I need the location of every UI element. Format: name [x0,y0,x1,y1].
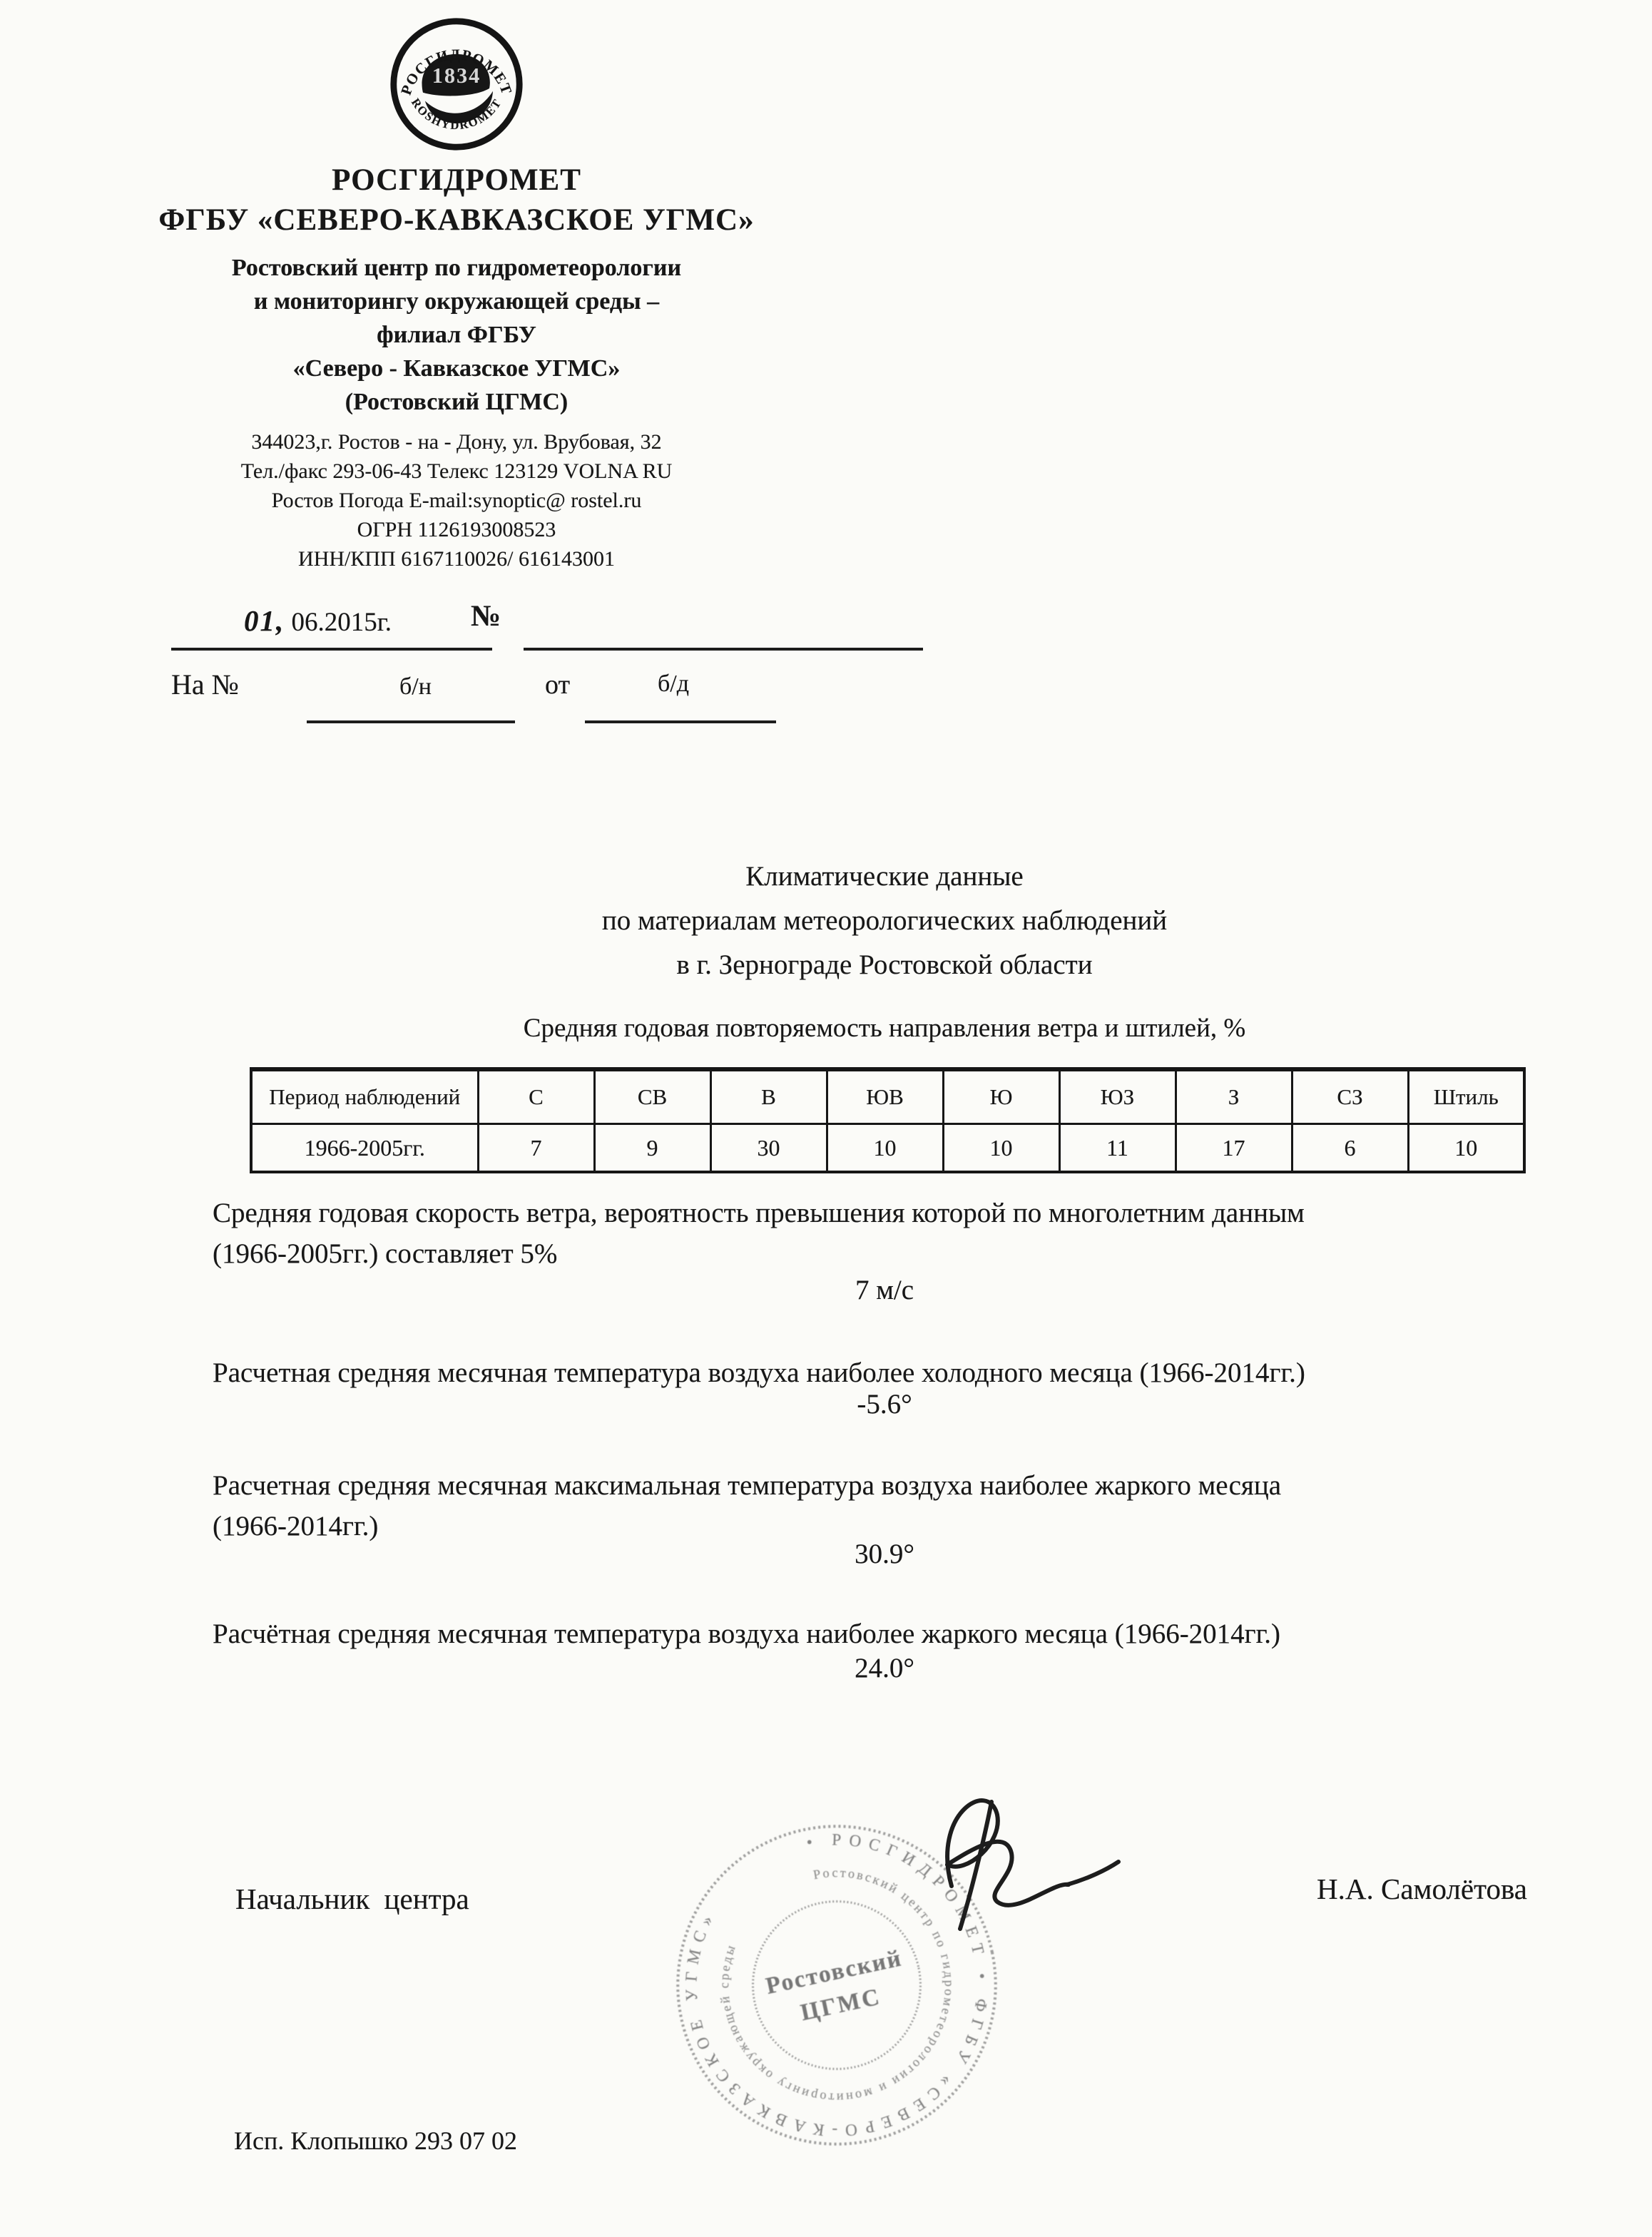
cell-w: 17 [1176,1124,1292,1173]
wind-speed-paragraph: Средняя годовая скорость ветра, вероятно… [213,1193,1571,1274]
handwritten-signature [883,1778,1126,1956]
cell-ne: 9 [594,1124,710,1173]
reply-number-value: б/н [399,673,432,700]
cell-s: 10 [943,1124,1059,1173]
branch-name-line: филиал ФГБУ [120,318,793,352]
agency-name: РОСГИДРОМЕТ [120,163,793,198]
header-w: З [1176,1069,1292,1124]
paragraph-line: Расчётная средняя месячная температура в… [213,1614,1571,1654]
title-line: в г. Зернограде Ростовской области [117,943,1652,987]
wind-speed-value: 7 м/с [117,1274,1652,1306]
header-sw: ЮЗ [1059,1069,1176,1124]
number-underline [524,648,923,651]
institution-name: ФГБУ «СЕВЕРО-КАВКАЗСКОЕ УГМС» [120,203,793,238]
signature-icon [883,1778,1126,1956]
title-line: Климатические данные [117,855,1652,899]
cell-period: 1966-2005гг. [251,1124,478,1173]
hot-month-max-paragraph: Расчетная средняя месячная максимальная … [213,1465,1571,1546]
postal-address: 344023,г. Ростов - на - Дону, ул. Врубов… [120,427,793,457]
table-header-row: Период наблюдений С СВ В ЮВ Ю ЮЗ З СЗ Шт… [251,1069,1524,1124]
logo-year: 1834 [432,63,481,88]
wind-frequency-table: Период наблюдений С СВ В ЮВ Ю ЮЗ З СЗ Шт… [250,1067,1526,1173]
cell-se: 10 [827,1124,943,1173]
header-period: Период наблюдений [251,1069,478,1124]
branch-name-block: Ростовский центр по гидрометеорологии и … [120,251,793,419]
branch-name-line: и мониторингу окружающей среды – [120,285,793,318]
date-underline [171,648,492,651]
hot-month-mean-value: 24.0° [117,1652,1652,1684]
cell-nw: 6 [1292,1124,1408,1173]
date-rest: 06.2015г. [285,608,392,637]
handwritten-day: 01, [244,604,285,637]
cell-n: 7 [478,1124,594,1173]
branch-name-line: Ростовский центр по гидрометеорологии [120,251,793,285]
cell-sw: 11 [1059,1124,1176,1173]
header-ne: СВ [594,1069,710,1124]
paragraph-line: (1966-2005гг.) составляет 5% [213,1233,1571,1274]
table-data-row: 1966-2005гг. 7 9 30 10 10 11 17 6 10 [251,1124,1524,1173]
branch-name-line: (Ростовский ЦГМС) [120,385,793,419]
scanned-document-page: { "letterhead": { "logo": { "top_text": … [0,0,1652,2237]
header-calm: Штиль [1408,1069,1524,1124]
reply-number-underline [307,720,515,723]
cold-month-paragraph: Расчетная средняя месячная температура в… [213,1352,1571,1393]
roshydromet-logo: РОСГИДРОМЕТ 1834 ROSHYDROMET [387,14,526,154]
title-line: по материалам метеорологических наблюден… [117,899,1652,943]
executor-line: Исп. Клопышко 293 07 02 [234,2126,517,2156]
signer-position: Начальник центра [235,1882,469,1916]
roshydromet-logo-icon: РОСГИДРОМЕТ 1834 ROSHYDROMET [387,14,526,154]
document-title: Климатические данные по материалам метео… [117,855,1652,987]
paragraph-line: Средняя годовая скорость ветра, вероятно… [213,1193,1571,1233]
hot-month-max-value: 30.9° [117,1538,1652,1570]
header-e: В [710,1069,827,1124]
reply-to-label: На № [171,668,239,701]
email-line: Ростов Погода E-mail:synoptic@ rostel.ru [120,486,793,515]
contact-block: 344023,г. Ростов - на - Дону, ул. Врубов… [120,427,793,574]
header-s: Ю [943,1069,1059,1124]
ogrn-number: ОГРН 1126193008523 [120,515,793,544]
cell-e: 30 [710,1124,827,1173]
header-se: ЮВ [827,1069,943,1124]
table-caption: Средняя годовая повторяемость направлени… [117,1013,1652,1044]
cell-calm: 10 [1408,1124,1524,1173]
header-n: С [478,1069,594,1124]
phone-fax-telex: Тел./факс 293-06-43 Телекс 123129 VOLNA … [120,457,793,486]
outgoing-date: 01, 06.2015г. [244,603,392,638]
outgoing-number-label: № [471,599,501,633]
reply-date-underline [585,720,776,723]
cold-month-value: -5.6° [117,1388,1652,1420]
letterhead: РОСГИДРОМЕТ 1834 ROSHYDROMET РОСГИДРОМЕТ… [120,14,793,574]
header-nw: СЗ [1292,1069,1408,1124]
paragraph-line: Расчетная средняя месячная температура в… [213,1352,1571,1393]
branch-name-line: «Северо - Кавказское УГМС» [120,352,793,385]
reply-date-value: б/д [658,671,689,698]
signer-name: Н.А. Самолётова [1317,1872,1527,1906]
paragraph-line: Расчетная средняя месячная максимальная … [213,1465,1571,1506]
inn-kpp-number: ИНН/КПП 6167110026/ 616143001 [120,544,793,574]
from-label: от [545,669,570,700]
hot-month-mean-paragraph: Расчётная средняя месячная температура в… [213,1614,1571,1654]
